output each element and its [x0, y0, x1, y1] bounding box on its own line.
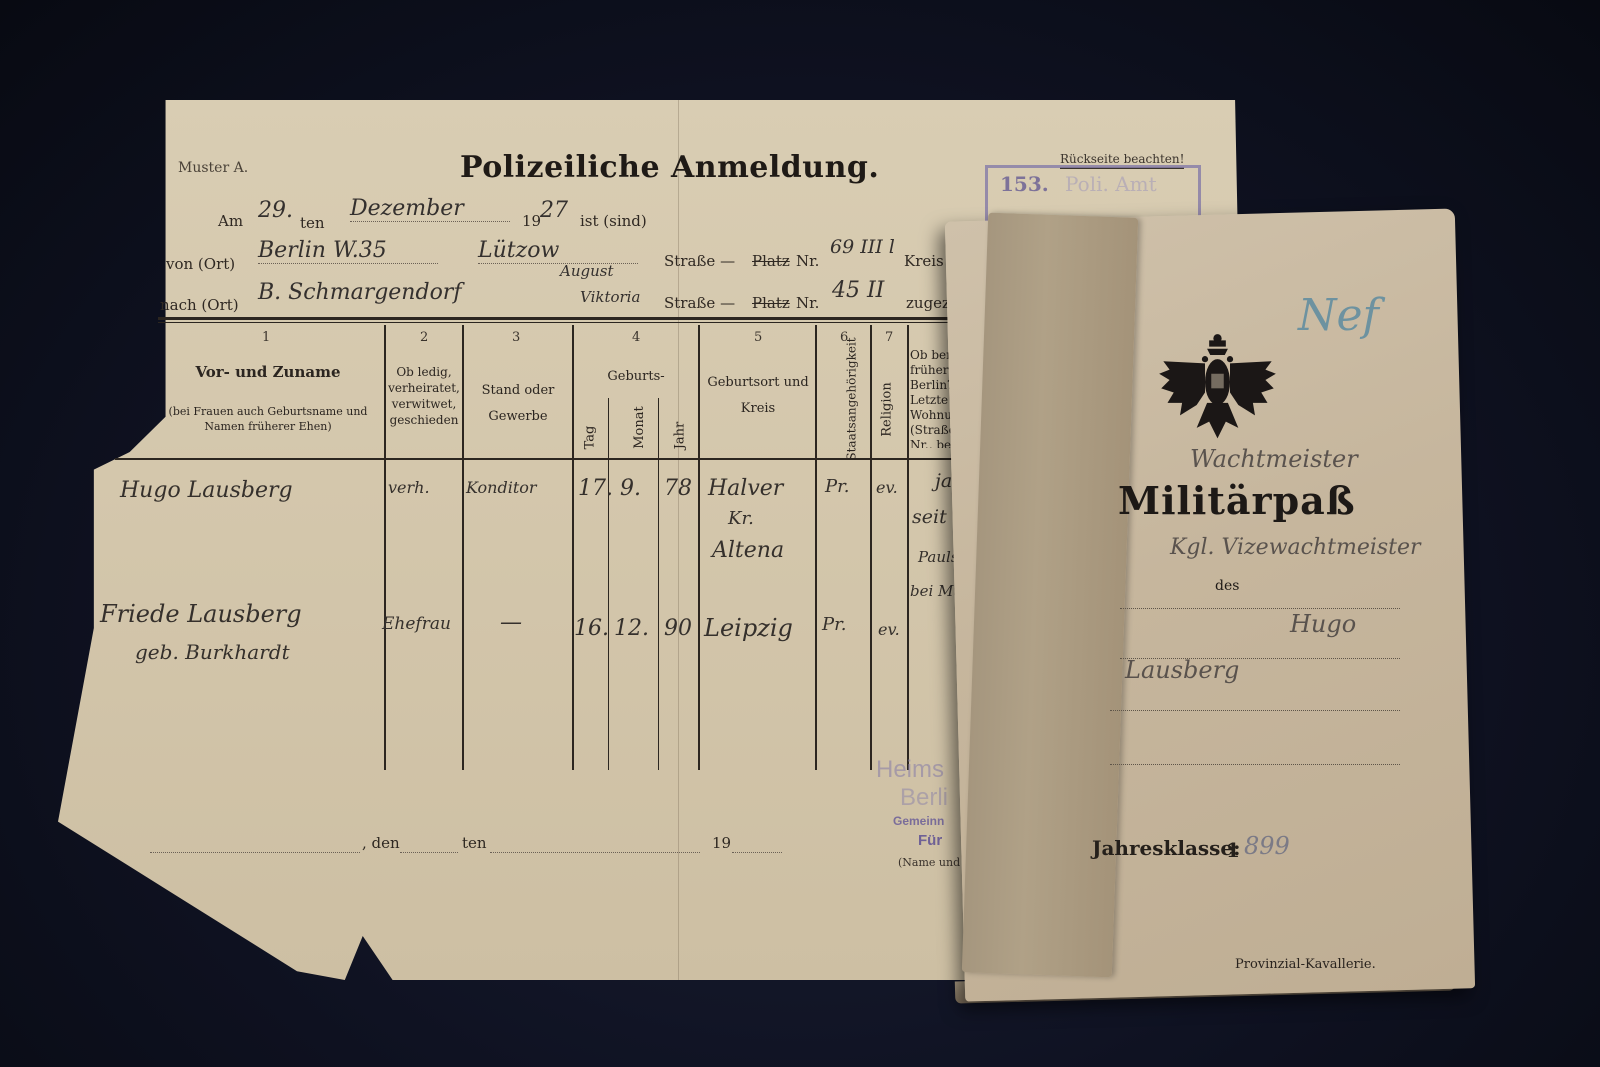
col-divider	[658, 398, 659, 770]
col-num-4: 4	[632, 330, 640, 345]
footer-day-line	[400, 852, 458, 853]
year-class-handwritten: 899	[1244, 832, 1290, 860]
footer-year-prefix: 19	[712, 834, 731, 852]
row1-day: 17.	[578, 476, 613, 501]
footer-place-line	[150, 852, 360, 853]
stamp-line-1: Heims	[876, 756, 944, 784]
col-divider	[462, 325, 464, 770]
col-num-5: 5	[754, 330, 762, 345]
row2-name-line2: geb. Burkhardt	[135, 640, 290, 664]
row2-occupation: —	[500, 610, 522, 635]
date-month: Dezember	[350, 196, 510, 222]
date-suffix: ist (sind)	[580, 212, 647, 230]
form-code: Muster A.	[178, 160, 248, 176]
stamp-faint-text: Poli. Amt	[1065, 172, 1157, 196]
row2-name: Friede Lausberg	[100, 600, 302, 628]
col-divider	[384, 325, 386, 770]
date-prefix: Am	[218, 212, 243, 230]
year-class-label: Jahresklasse:	[1092, 836, 1241, 860]
paper-tape-strip	[962, 213, 1138, 978]
dotted-line	[1110, 710, 1400, 711]
footer-name-note: (Name und	[898, 856, 960, 869]
from-number: 69 III l	[830, 236, 895, 258]
stamp-number: 153.	[1000, 172, 1049, 196]
table-top-rule-thin	[158, 322, 1018, 323]
col-num-2: 2	[420, 330, 428, 345]
stamp-line-4: Für	[918, 832, 942, 849]
footer-ten: ten	[462, 834, 487, 852]
row2-year: 90	[664, 616, 692, 641]
handwritten-first-name: Hugo	[1290, 610, 1356, 638]
footer-den: , den	[362, 834, 400, 852]
col-header-status: Ob ledig, verheiratet, verwitwet, geschi…	[388, 364, 460, 428]
col-header-occupation: Stand oder Gewerbe	[468, 378, 568, 430]
col-header-day: Tag	[582, 426, 597, 450]
footer-year-line	[732, 852, 782, 853]
col-header-year: Jahr	[672, 422, 687, 450]
stamp-line-2: Berli	[900, 784, 948, 812]
col-header-month: Monat	[632, 406, 647, 449]
row2-day: 16.	[574, 616, 609, 641]
blue-pencil-mark: Nef	[1298, 290, 1379, 341]
col-divider	[572, 325, 574, 770]
date-year-prefix: 19	[522, 212, 541, 230]
fold-crease	[678, 100, 679, 980]
col-header-name-sub: (bei Frauen auch Geburtsname und Namen f…	[158, 404, 378, 434]
row2-nationality: Pr.	[822, 614, 846, 635]
col-num-1: 1	[262, 330, 270, 345]
label-des: des	[1215, 578, 1239, 594]
col-header-birth: Geburts-	[576, 368, 696, 385]
row1-religion: ev.	[876, 478, 898, 497]
handwritten-surname: Lausberg	[1125, 656, 1239, 684]
from-street: Lützow	[478, 238, 638, 264]
date-year: 27	[540, 198, 568, 223]
from-kreis-label: Kreis	[904, 252, 944, 270]
col-divider	[608, 398, 609, 770]
row2-month: 12.	[614, 616, 649, 641]
row1-birthplace-3: Altena	[712, 538, 784, 563]
dotted-line	[1110, 764, 1400, 765]
stamp-line-3: Gemeinn	[893, 814, 944, 828]
row1-month: 9.	[620, 476, 641, 501]
row1-year: 78	[664, 476, 692, 501]
date-day-suffix: ten	[300, 214, 325, 232]
from-street-label: Straße —	[664, 252, 735, 270]
unit-label: Provinzial-Kavallerie.	[1235, 957, 1376, 972]
row1-birthplace-2: Kr.	[728, 508, 754, 529]
row1-birthplace-1: Halver	[708, 476, 783, 501]
to-place: B. Schmargendorf	[258, 280, 461, 305]
to-label: nach (Ort)	[160, 296, 239, 314]
from-nr-label: Nr.	[796, 252, 819, 270]
to-street-label: Straße —	[664, 294, 735, 312]
year-class-value: 1	[1226, 838, 1240, 862]
form-title: Polizeiliche Anmeldung.	[460, 150, 879, 185]
to-street-note-1: August	[560, 262, 613, 280]
row2-status: Ehefrau	[382, 614, 451, 634]
col-divider	[870, 325, 872, 770]
dotted-line	[1120, 608, 1400, 609]
handwritten-rank: Kgl. Vizewachtmeister	[1170, 535, 1421, 560]
to-number: 45 II	[832, 278, 884, 303]
col-divider	[815, 325, 817, 770]
col-num-7: 7	[885, 330, 893, 345]
row1-nationality: Pr.	[825, 476, 849, 497]
col-header-name: Vor- und Zuname	[158, 364, 378, 381]
to-street-note-2: Viktoria	[580, 288, 640, 306]
military-pass-title: Militärpaß	[1118, 478, 1356, 523]
from-place: Berlin W.35	[258, 238, 438, 264]
from-platz-struck: Platz	[752, 252, 790, 270]
col-divider	[698, 325, 700, 770]
row1-name: Hugo Lausberg	[120, 478, 293, 503]
from-label: von (Ort)	[166, 255, 235, 273]
table-header-rule	[115, 458, 1015, 460]
row1-occupation: Konditor	[466, 478, 537, 497]
col-divider	[907, 325, 909, 770]
to-platz-struck: Platz	[752, 294, 790, 312]
to-nr-label: Nr.	[796, 294, 819, 312]
row2-birthplace: Leipzig	[704, 614, 793, 642]
handwritten-rank-top: Wachtmeister	[1190, 445, 1358, 473]
date-day: 29.	[258, 198, 293, 223]
col-header-birthplace: Geburtsort und Kreis	[704, 370, 812, 422]
row2-religion: ev.	[878, 620, 900, 639]
row1-status: verh.	[388, 478, 430, 497]
col-header-religion: Religion	[880, 382, 895, 436]
imperial-eagle-icon	[1155, 330, 1280, 455]
footer-month-line	[490, 852, 700, 853]
col-num-3: 3	[512, 330, 520, 345]
col-header-nationality: Staatsangehörigkeit	[845, 337, 859, 460]
table-top-rule	[158, 317, 1018, 320]
